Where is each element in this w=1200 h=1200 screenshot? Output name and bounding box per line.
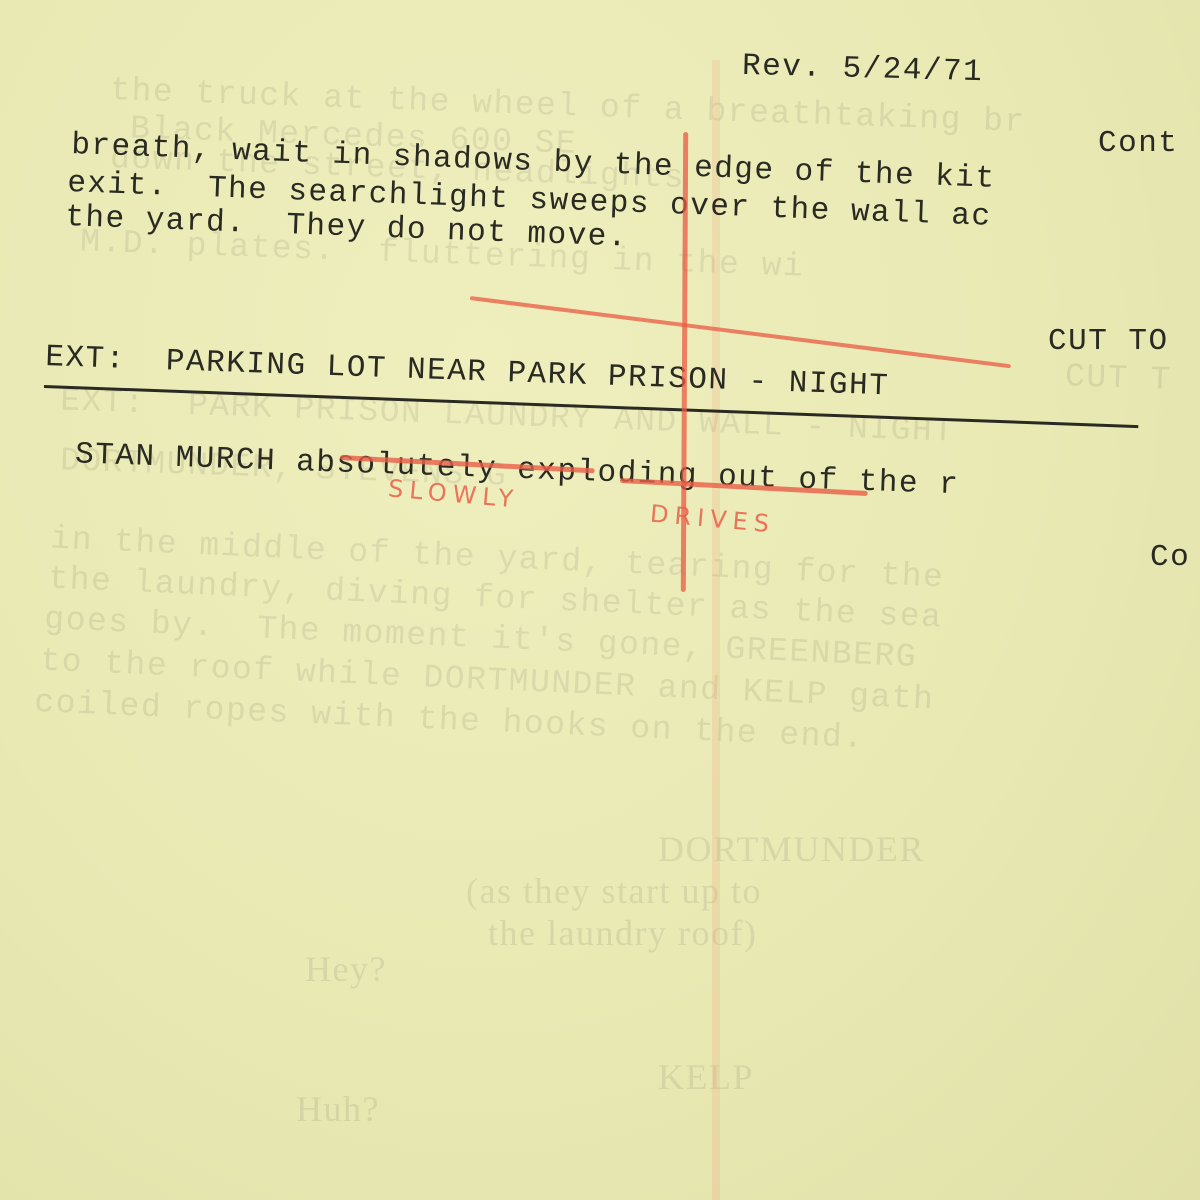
ghost-dialogue: Hey?	[305, 948, 387, 990]
continued-label: Co	[1150, 540, 1190, 575]
ghost-character: KELP	[658, 1056, 754, 1098]
continued-label: Cont	[1098, 126, 1178, 161]
script-page: the truck at the wheel of a breathtaking…	[0, 0, 1200, 1200]
revision-date: Rev. 5/24/71	[742, 49, 984, 90]
ghost-character: DORTMUNDER	[658, 828, 925, 870]
struck-word: exploding	[517, 453, 699, 494]
character-name: STAN MURCH	[75, 437, 277, 479]
ghost-dialogue: Huh?	[296, 1088, 380, 1130]
ghost-transition: CUT T	[1064, 358, 1172, 399]
faint-pencil-stroke	[712, 60, 720, 1200]
transition-cut-to: CUT TO	[1048, 324, 1169, 359]
action-text: out of the r	[717, 460, 959, 503]
